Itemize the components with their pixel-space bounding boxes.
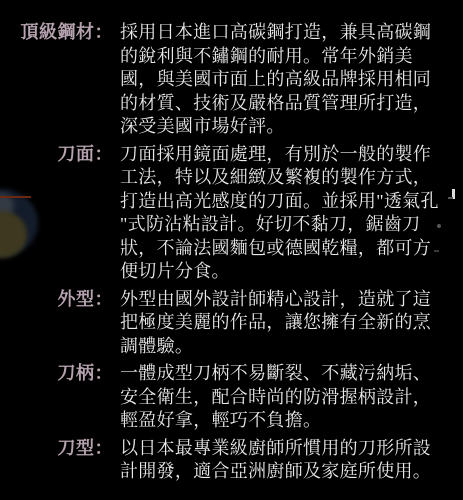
spec-label-steel: 頂級鋼材：	[0, 21, 113, 45]
spec-row-blade-shape: 刀型： 以日本最專業級廚師所慣用的刀形所設 計開發，適合亞洲廚師及家庭所使用。	[0, 437, 457, 484]
spec-list: 頂級鋼材： 採用日本進口高碳鋼打造，兼具高碳鋼 的銳利與不鏽鋼的耐用。常年外銷美…	[0, 0, 463, 500]
spec-text-blade-shape: 以日本最專業級廚師所慣用的刀形所設 計開發，適合亞洲廚師及家庭所使用。	[120, 437, 457, 484]
spec-row-appearance: 外型： 外型由國外設計師精心設計，造就了這 把極度美麗的作品，讓您擁有全新的烹 …	[0, 288, 457, 359]
spec-label-blade-face: 刀面：	[0, 143, 113, 167]
spec-label-appearance: 外型：	[0, 288, 113, 312]
product-description-panel: 頂級鋼材： 採用日本進口高碳鋼打造，兼具高碳鋼 的銳利與不鏽鋼的耐用。常年外銷美…	[0, 0, 463, 500]
spec-text-blade-face: 刀面採用鏡面處理，有別於一般的製作 工法，特以及細緻及繁複的製作方式， 打造出高…	[120, 143, 457, 284]
spec-text-appearance: 外型由國外設計師精心設計，造就了這 把極度美麗的作品，讓您擁有全新的烹 調體驗。	[120, 288, 457, 359]
spec-row-blade-face: 刀面： 刀面採用鏡面處理，有別於一般的製作 工法，特以及細緻及繁複的製作方式， …	[0, 143, 457, 284]
spec-text-handle: 一體成型刀柄不易斷裂、不藏污納垢、 安全衛生，配合時尚的防滑握柄設計， 輕盈好拿…	[120, 362, 457, 433]
spec-text-steel: 採用日本進口高碳鋼打造，兼具高碳鋼 的銳利與不鏽鋼的耐用。常年外銷美 國，與美國…	[120, 21, 457, 139]
spec-label-blade-shape: 刀型：	[0, 437, 113, 461]
spec-row-handle: 刀柄： 一體成型刀柄不易斷裂、不藏污納垢、 安全衛生，配合時尚的防滑握柄設計， …	[0, 362, 457, 433]
spec-row-steel: 頂級鋼材： 採用日本進口高碳鋼打造，兼具高碳鋼 的銳利與不鏽鋼的耐用。常年外銷美…	[0, 21, 457, 139]
spec-label-handle: 刀柄：	[0, 362, 113, 386]
